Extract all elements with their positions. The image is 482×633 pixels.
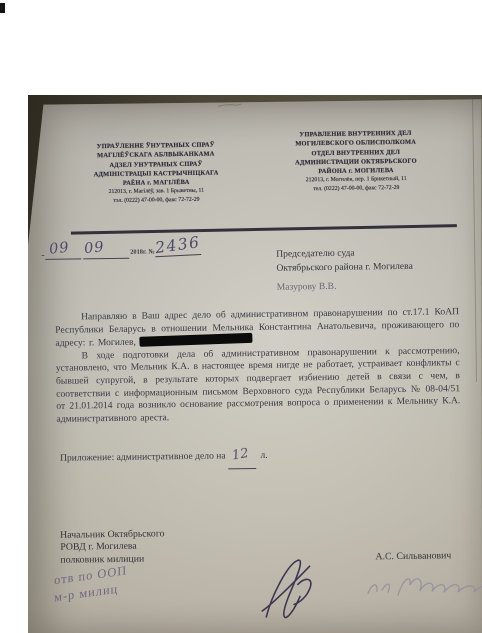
letterhead-phone: тел. (0222) 47-00-00, факс 72-72-29 — [254, 183, 458, 194]
signature-block-left: Начальник Октябрьского РОВД г. Могилева … — [60, 528, 165, 566]
letter-body: Направляю в Ваш адрес дело об администра… — [55, 306, 461, 426]
signatory-title-line2: РОВД г. Могилева — [60, 541, 137, 553]
paper-fold-line — [472, 95, 477, 382]
letterhead-left: УПРАЎЛЕННЕ ЎНУТРАНЫХ СПРАЎ МАГІЛЁЎСКАГА … — [54, 140, 259, 207]
signatory-title-line1: Начальник Октябрьского — [60, 528, 164, 540]
handwritten-note: отв по ООП м-р милиц — [54, 562, 127, 606]
page-background: УПРАЎЛЕННЕ ЎНУТРАНЫХ СПРАЎ МАГІЛЁЎСКАГА … — [0, 0, 482, 633]
underline — [83, 258, 129, 260]
handwritten-month: 09 — [83, 239, 105, 257]
body-paragraph-2: В ходе подготовки дела об административн… — [56, 345, 461, 426]
redaction-bar — [139, 333, 252, 347]
scan-artifact-mark — [0, 3, 5, 13]
printed-year-number-label: 2018г. № — [130, 248, 155, 255]
signatory-name: А.С. Сильванович — [375, 550, 451, 562]
signatory-title-line3: полковник милиции — [60, 553, 144, 565]
letterhead-right: УПРАВЛЕНИЕ ВНУТРЕННИХ ДЕЛ МОГИЛЕВСКОГО О… — [253, 128, 458, 195]
attachment-text: Приложение: административное дело на — [60, 450, 226, 463]
pen-signature-right — [364, 570, 482, 602]
addressee-block: Председателю суда Октябрьского района г.… — [276, 245, 477, 294]
document-photo: УПРАЎЛЕННЕ ЎНУТРАНЫХ СПРАЎ МАГІЛЁЎСКАГА … — [28, 95, 482, 633]
letterhead-phone: тэл. (0222) 47-00-00, факс 72-72-29 — [54, 195, 258, 206]
addressee-line1: Председателю суда — [276, 248, 355, 260]
body-paragraph-1: Направляю в Ваш адрес дело об администра… — [55, 306, 460, 350]
dash-mark: - — [41, 250, 44, 261]
addressee-line2: Октябрьского района г. Могилева — [276, 260, 413, 273]
document-content: УПРАЎЛЕННЕ ЎНУТРАНЫХ СПРАЎ МАГІЛЁЎСКАГА … — [28, 95, 482, 633]
handwritten-page-count: 12 — [231, 446, 250, 463]
addressee-name: Мазурову В.В. — [277, 278, 477, 294]
faint-pen-mark — [217, 101, 243, 109]
attachment-line: Приложение: административное дело на 12 … — [60, 450, 268, 464]
attachment-sheets-label: л. — [260, 450, 267, 461]
underline — [228, 468, 256, 469]
letterhead-divider-rule — [71, 224, 457, 234]
underline — [45, 258, 81, 260]
handwritten-day: 09 — [48, 240, 70, 258]
reference-number-line: - 09 09 2018г. № 2436 — [28, 237, 287, 271]
pen-signature-center — [253, 554, 334, 627]
paragraph-text: Направляю в Ваш адрес дело об администра… — [55, 306, 459, 349]
